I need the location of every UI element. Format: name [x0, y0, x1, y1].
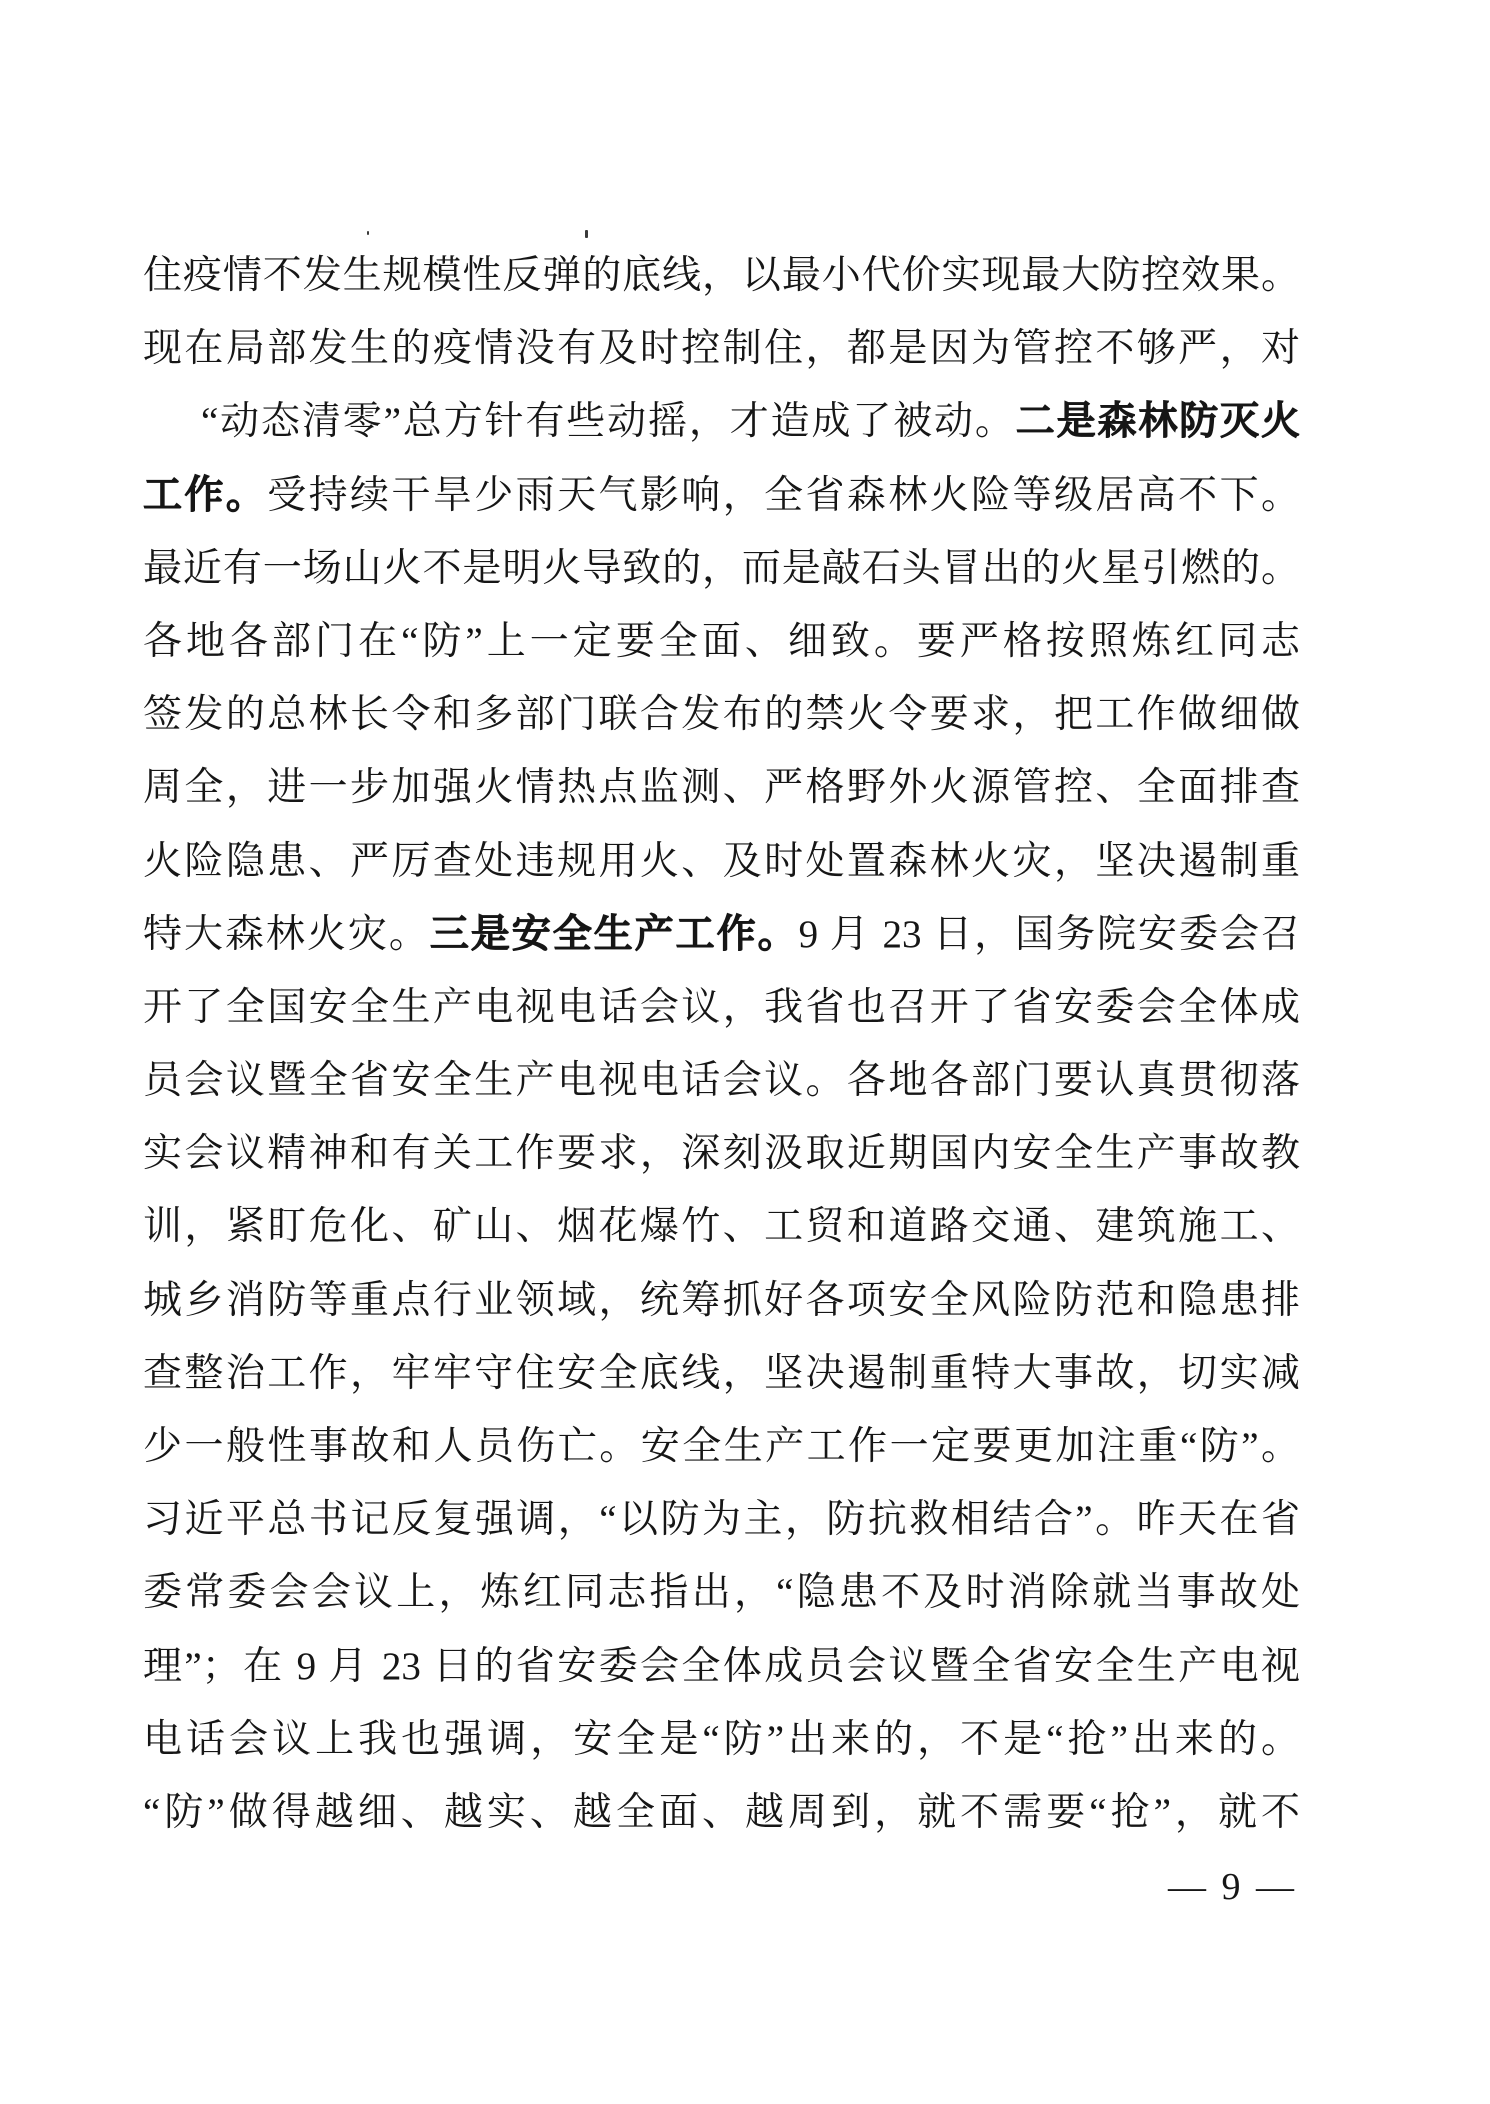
- text-line: 查整治工作，牢牢守住安全底线，坚决遏制重特大事故，切实减: [143, 1337, 1300, 1410]
- text-line: 实会议精神和有关工作要求，深刻汲取近期国内安全生产事故教: [143, 1117, 1300, 1190]
- text-line: 员会议暨全省安全生产电视电话会议。各地各部门要认真贯彻落: [143, 1044, 1300, 1117]
- text-segment: 理”；在 9 月 23 日的省安委会全体成员会议暨全省安全生产电视: [143, 1645, 1300, 1688]
- text-segment: 查整治工作，牢牢守住安全底线，坚决遏制重特大事故，切实减: [143, 1352, 1300, 1395]
- text-segment: 开了全国安全生产电视电话会议，我省也召开了省安委会全体成: [143, 986, 1300, 1029]
- text-line: 训，紧盯危化、矿山、烟花爆竹、工贸和道路交通、建筑施工、: [143, 1190, 1300, 1263]
- text-line: 特大森林火灾。三是安全生产工作。9 月 23 日，国务院安委会召: [143, 898, 1300, 971]
- text-line: 委常委会会议上，炼红同志指出，“隐患不及时消除就当事故处: [143, 1556, 1300, 1629]
- text-segment: 少一般性事故和人员伤亡。安全生产工作一定要更加注重“防”。: [143, 1425, 1300, 1468]
- text-segment: 现在局部发生的疫情没有及时控制住，都是因为管控不够严，对: [143, 327, 1300, 370]
- text-line: 签发的总林长令和多部门联合发布的禁火令要求，把工作做细做: [143, 678, 1300, 751]
- text-line: “动态清零”总方针有些动摇，才造成了被动。二是森林防灭火: [143, 385, 1300, 458]
- text-line: 周全，进一步加强火情热点监测、严格野外火源管控、全面排查: [143, 751, 1300, 824]
- text-segment: 9 月 23 日，国务院安委会召: [799, 913, 1300, 956]
- text-line: 开了全国安全生产电视电话会议，我省也召开了省安委会全体成: [143, 971, 1300, 1044]
- text-segment: 电话会议上我也强调，安全是“防”出来的，不是“抢”出来的。: [143, 1718, 1300, 1761]
- document-page: 住疫情不发生规模性反弹的底线，以最小代价实现最大防控效果。现在局部发生的疫情没有…: [0, 0, 1490, 2104]
- scan-speck: [367, 231, 369, 235]
- text-segment: “防”做得越细、越实、越全面、越周到，就不需要“抢”，就不: [143, 1791, 1300, 1834]
- text-line: 城乡消防等重点行业领域，统筹抓好各项安全风险防范和隐患排: [143, 1264, 1300, 1337]
- scan-speck: [585, 230, 588, 238]
- text-segment: 各地各部门在“防”上一定要全面、细致。要严格按照炼红同志: [143, 620, 1300, 663]
- text-segment: 城乡消防等重点行业领域，统筹抓好各项安全风险防范和隐患排: [143, 1279, 1300, 1322]
- bold-text-segment: 工作。: [143, 474, 267, 517]
- text-line: 火险隐患、严厉查处违规用火、及时处置森林火灾，坚决遏制重: [143, 825, 1300, 898]
- text-line: 习近平总书记反复强调，“以防为主，防抗救相结合”。昨天在省: [143, 1483, 1300, 1556]
- text-line: 各地各部门在“防”上一定要全面、细致。要严格按照炼红同志: [143, 605, 1300, 678]
- text-segment: 委常委会会议上，炼红同志指出，“隐患不及时消除就当事故处: [143, 1571, 1300, 1614]
- text-segment: 住疫情不发生规模性反弹的底线，以最小代价实现最大防控效果。: [143, 254, 1300, 297]
- text-line: 理”；在 9 月 23 日的省安委会全体成员会议暨全省安全生产电视: [143, 1630, 1300, 1703]
- text-segment: 火险隐患、严厉查处违规用火、及时处置森林火灾，坚决遏制重: [143, 840, 1300, 883]
- text-segment: “动态清零”总方针有些动摇，才造成了被动。: [201, 400, 1016, 443]
- text-line: 工作。受持续干旱少雨天气影响，全省森林火险等级居高不下。: [143, 459, 1300, 532]
- text-segment: 习近平总书记反复强调，“以防为主，防抗救相结合”。昨天在省: [143, 1498, 1300, 1541]
- text-segment: 员会议暨全省安全生产电视电话会议。各地各部门要认真贯彻落: [143, 1059, 1300, 1102]
- text-segment: 特大森林火灾。: [143, 913, 430, 956]
- text-segment: 最近有一场山火不是明火导致的，而是敲石头冒出的火星引燃的。: [143, 547, 1300, 590]
- text-segment: 实会议精神和有关工作要求，深刻汲取近期国内安全生产事故教: [143, 1132, 1300, 1175]
- text-line: 住疫情不发生规模性反弹的底线，以最小代价实现最大防控效果。: [143, 239, 1300, 312]
- text-line: “防”做得越细、越实、越全面、越周到，就不需要“抢”，就不: [143, 1776, 1300, 1849]
- text-segment: 周全，进一步加强火情热点监测、严格野外火源管控、全面排查: [143, 766, 1300, 809]
- page-number: — 9 —: [1168, 1852, 1297, 1922]
- text-line: 现在局部发生的疫情没有及时控制住，都是因为管控不够严，对: [143, 312, 1300, 385]
- text-line: 最近有一场山火不是明火导致的，而是敲石头冒出的火星引燃的。: [143, 532, 1300, 605]
- text-segment: 训，紧盯危化、矿山、烟花爆竹、工贸和道路交通、建筑施工、: [143, 1205, 1300, 1248]
- bold-text-segment: 三是安全生产工作。: [430, 913, 799, 956]
- text-line: 少一般性事故和人员伤亡。安全生产工作一定要更加注重“防”。: [143, 1410, 1300, 1483]
- text-segment: 签发的总林长令和多部门联合发布的禁火令要求，把工作做细做: [143, 693, 1300, 736]
- text-line: 电话会议上我也强调，安全是“防”出来的，不是“抢”出来的。: [143, 1703, 1300, 1776]
- text-block: 住疫情不发生规模性反弹的底线，以最小代价实现最大防控效果。现在局部发生的疫情没有…: [143, 239, 1300, 1849]
- bold-text-segment: 二是森林防灭火: [1016, 400, 1300, 443]
- text-segment: 受持续干旱少雨天气影响，全省森林火险等级居高不下。: [267, 474, 1300, 517]
